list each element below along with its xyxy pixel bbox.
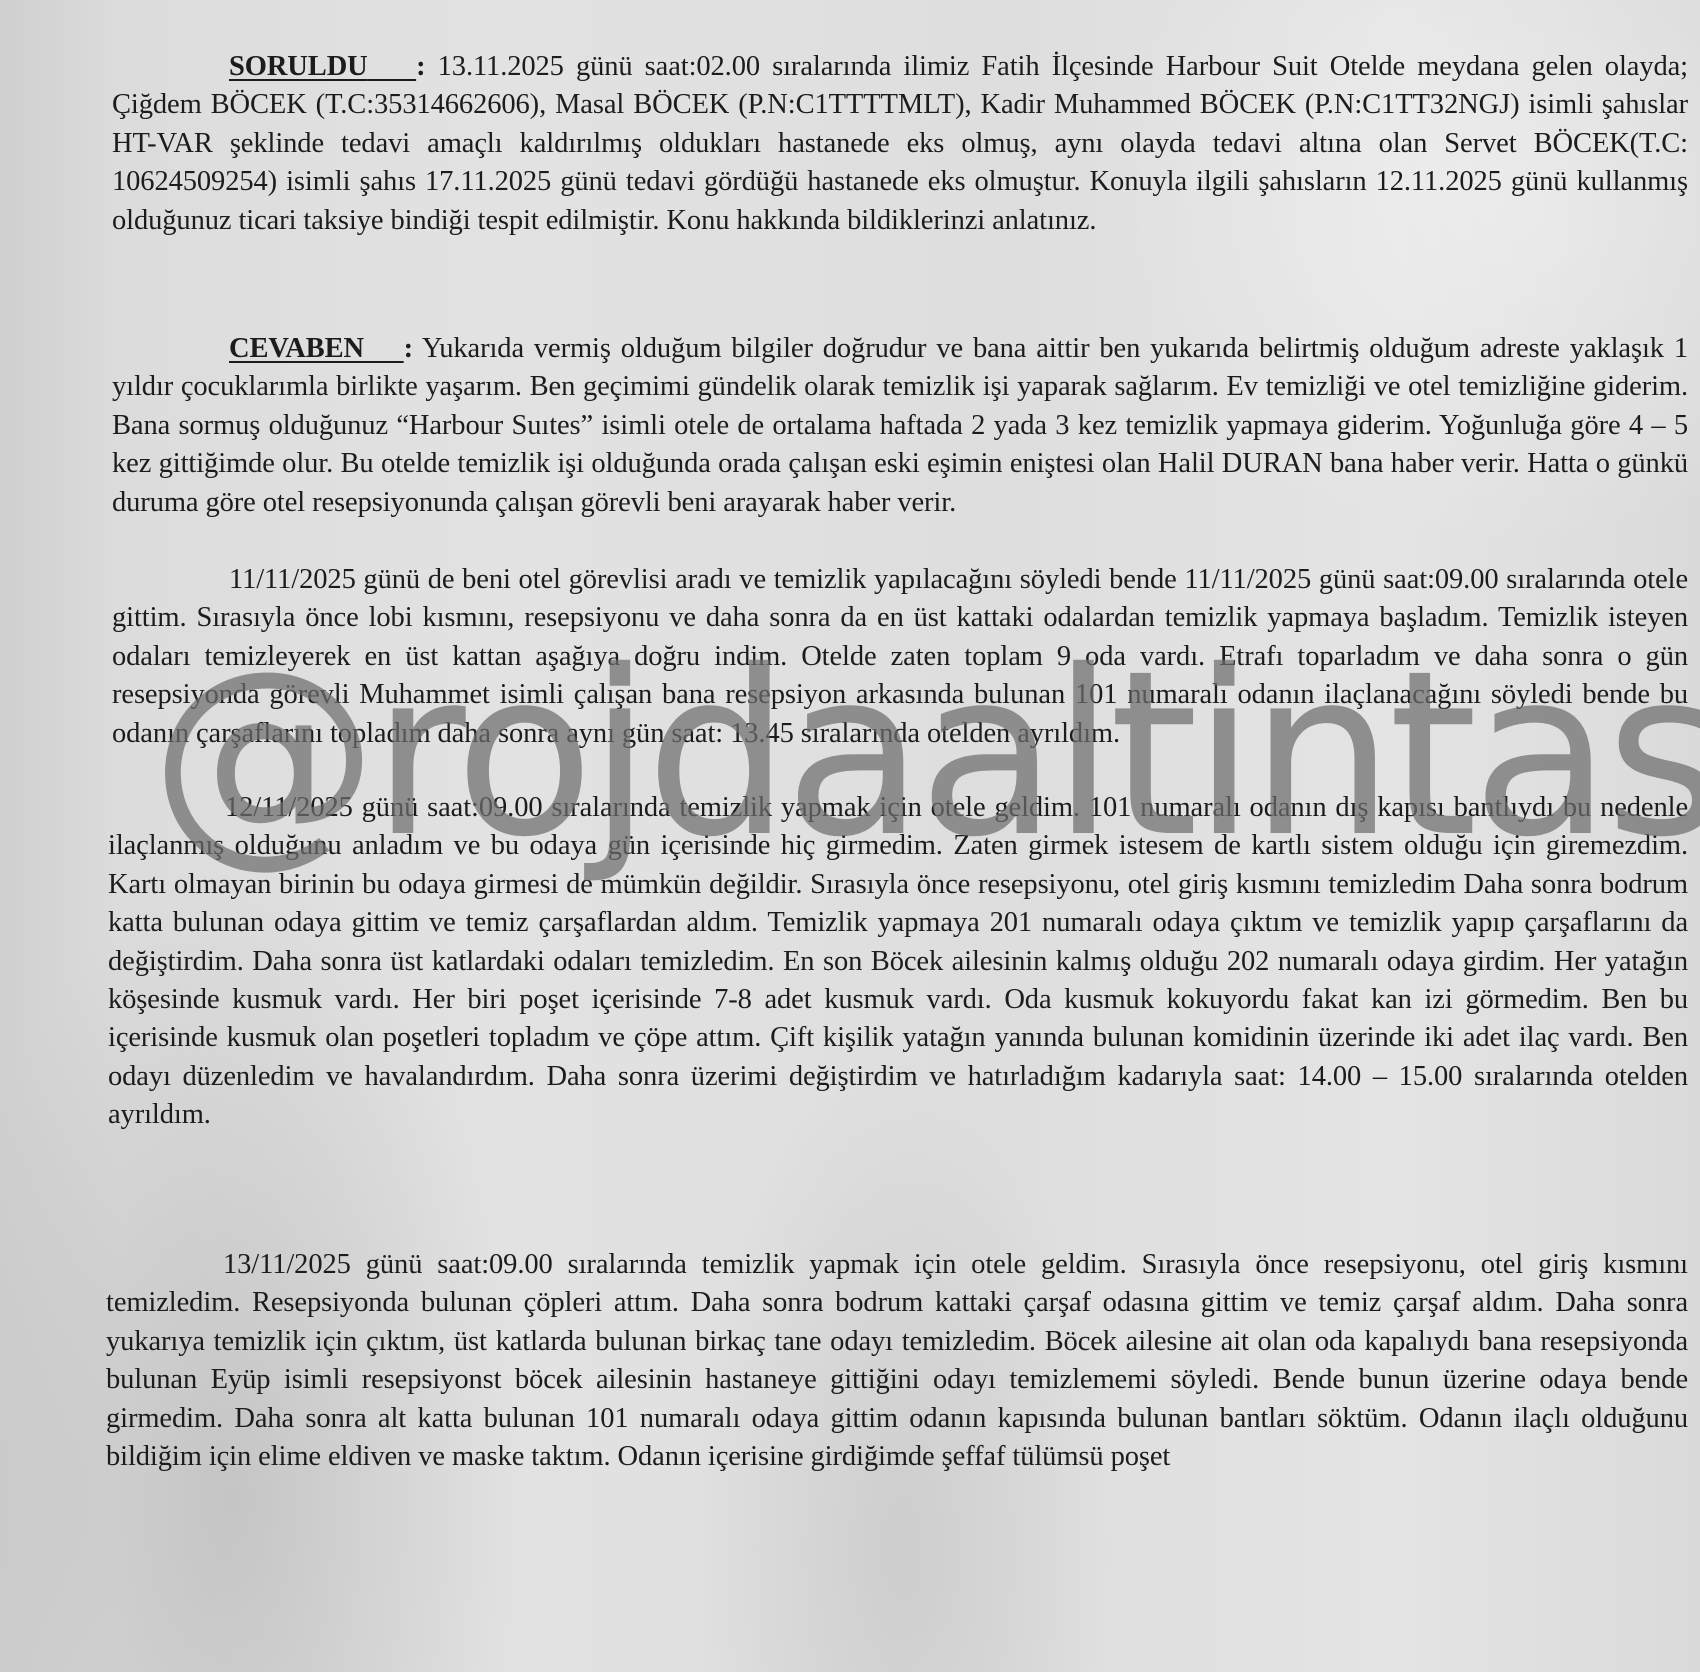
- question-separator: :: [416, 51, 425, 82]
- question-paragraph: SORULDU : 13.11.2025 günü saat:02.00 sır…: [112, 48, 1688, 240]
- answer-separator: :: [404, 333, 413, 364]
- cut-off-header: saat:01:45: [823, 0, 946, 6]
- paragraph-nov-13: 13/11/2025 günü saat:09.00 sıralarında t…: [106, 1246, 1688, 1476]
- answer-label-underline-pad: [364, 333, 404, 364]
- question-label-underline-pad: [368, 51, 416, 82]
- answer-paragraph: CEVABEN : Yukarıda vermiş olduğum bilgil…: [112, 330, 1688, 522]
- question-label: SORULDU: [229, 51, 368, 82]
- paragraph-nov-12: 12/11/2025 günü saat:09.00 sıralarında t…: [108, 789, 1688, 1135]
- paragraph-nov-11: 11/11/2025 günü de beni otel görevlisi a…: [112, 561, 1688, 753]
- answer-label: CEVABEN: [229, 333, 364, 364]
